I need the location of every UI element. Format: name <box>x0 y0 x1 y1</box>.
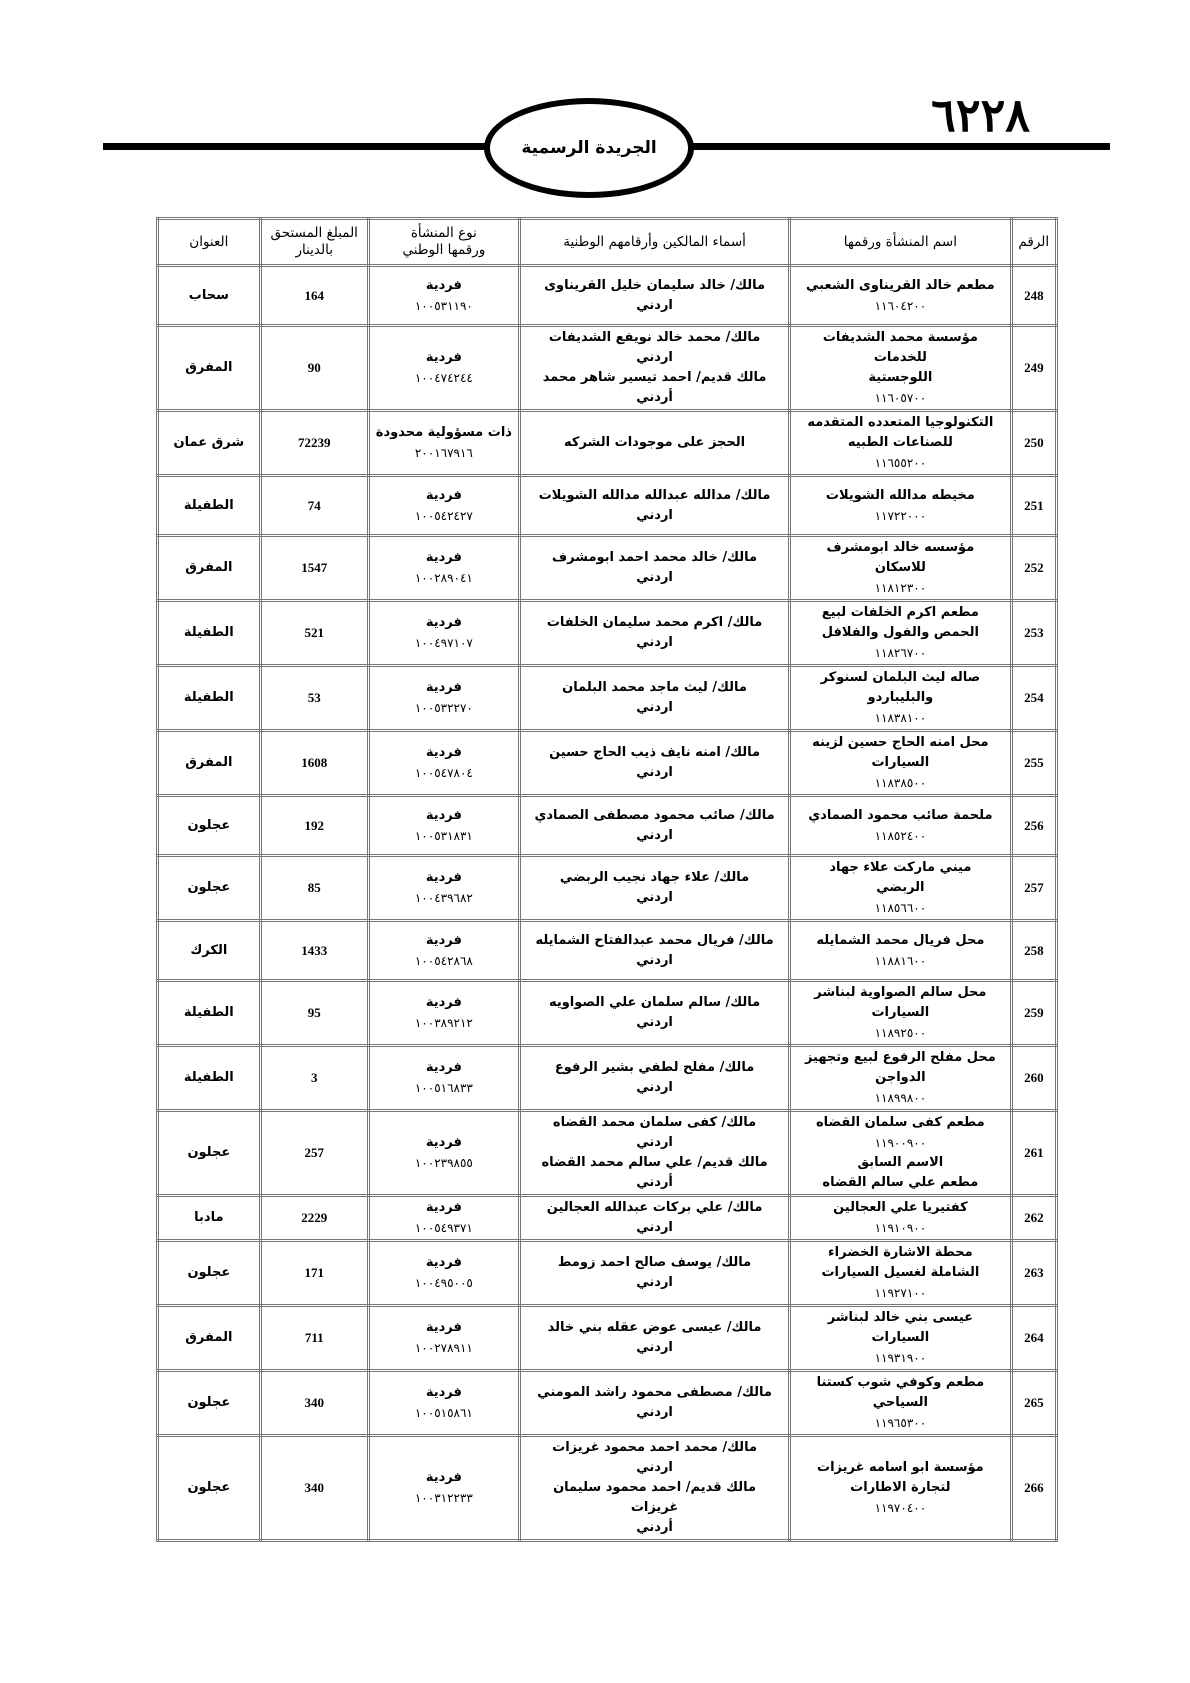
owners-cell: مالك/ سالم سلمان علي الصواويهاردني <box>520 981 790 1046</box>
national-number: ١٠٠٢٧٨٩١١ <box>374 1338 514 1358</box>
establishment-type: فردية <box>374 276 514 296</box>
owner-line: اردني <box>525 1458 784 1478</box>
establishment-line: ١١٩٢٧١٠٠ <box>795 1283 1006 1303</box>
table-row: 266مؤسسة ابو اسامه غريزاتلتجارة الاطارات… <box>158 1436 1057 1541</box>
owner-line: اردني <box>525 506 784 526</box>
establishment-cell: مطعم وكوفي شوب كستناالسياحي١١٩٦٥٣٠٠ <box>790 1371 1012 1436</box>
owner-line: مالك/ محمد احمد محمود غريزات <box>525 1438 784 1458</box>
national-number: ١٠٠٤٩٧١٠٧ <box>374 633 514 653</box>
establishment-cell: صاله ليث البلمان لسنوكروالبليباردو١١٨٣٨١… <box>790 666 1012 731</box>
row-number: 256 <box>1011 796 1056 856</box>
establishment-type: فردية <box>374 806 514 826</box>
address-cell: المفرق <box>158 326 261 411</box>
establishment-type: فردية <box>374 1468 514 1488</box>
establishment-type: فردية <box>374 348 514 368</box>
row-number: 252 <box>1011 536 1056 601</box>
address-cell: المفرق <box>158 1306 261 1371</box>
type-cell: فردية١٠٠٥٤٧٨٠٤ <box>368 731 519 796</box>
establishment-line: السيارات <box>795 1003 1006 1023</box>
establishment-line: مؤسسه خالد ابومشرف <box>795 538 1006 558</box>
establishment-line: للاسكان <box>795 558 1006 578</box>
establishment-line: ١١٩١٠٩٠٠ <box>795 1218 1006 1238</box>
establishment-line: محل امنه الحاج حسين لزينه <box>795 733 1006 753</box>
type-cell: فردية١٠٠٥١٥٨٦١ <box>368 1371 519 1436</box>
address-cell: الطفيلة <box>158 981 261 1046</box>
col-header-number: الرقم <box>1011 219 1056 266</box>
establishment-line: ١١٨٨١٦٠٠ <box>795 951 1006 971</box>
establishment-line: التكنولوجيا المتعدده المتقدمه <box>795 413 1006 433</box>
amount-due: 72239 <box>260 411 368 476</box>
establishments-table: الرقم اسم المنشأة ورقمها أسماء المالكين … <box>156 217 1058 1542</box>
amount-due: 95 <box>260 981 368 1046</box>
table-header-row: الرقم اسم المنشأة ورقمها أسماء المالكين … <box>158 219 1057 266</box>
establishment-line: محل سالم الصواوية لبناشر <box>795 983 1006 1003</box>
establishment-line: محل مفلح الرفوع لبيع وتجهيز <box>795 1048 1006 1068</box>
table-row: 265مطعم وكوفي شوب كستناالسياحي١١٩٦٥٣٠٠ما… <box>158 1371 1057 1436</box>
table-row: 253مطعم اكرم الخلفات لبيعالحمص والفول وا… <box>158 601 1057 666</box>
table-row: 261مطعم كفى سلمان القضاه١١٩٠٠٩٠٠الاسم ال… <box>158 1111 1057 1196</box>
row-number: 253 <box>1011 601 1056 666</box>
establishment-type: فردية <box>374 1058 514 1078</box>
owner-line: مالك/ محمد خالد نويفع الشديفات <box>525 328 784 348</box>
amount-due: 1547 <box>260 536 368 601</box>
owner-line: مالك/ علاء جهاد نجيب الربضي <box>525 868 784 888</box>
table-row: 251مخيطه مدالله الشويلات١١٧٢٢٠٠٠مالك/ مد… <box>158 476 1057 536</box>
col-header-type: نوع المنشأة ورقمها الوطني <box>368 219 519 266</box>
establishment-type: فردية <box>374 678 514 698</box>
establishment-type: فردية <box>374 868 514 888</box>
type-cell: فردية١٠٠٥٣١١٩٠ <box>368 266 519 326</box>
establishment-line: السياحي <box>795 1393 1006 1413</box>
owner-line: اردني <box>525 633 784 653</box>
owners-cell: مالك/ ليث ماجد محمد البلماناردني <box>520 666 790 731</box>
owner-line: مالك/ كفى سلمان محمد القضاه <box>525 1113 784 1133</box>
type-cell: فردية١٠٠٣١٢٢٣٣ <box>368 1436 519 1541</box>
table-row: 254صاله ليث البلمان لسنوكروالبليباردو١١٨… <box>158 666 1057 731</box>
amount-due: 90 <box>260 326 368 411</box>
address-cell: عجلون <box>158 796 261 856</box>
amount-due: 85 <box>260 856 368 921</box>
col-header-owners: أسماء المالكين وأرقامهم الوطنية <box>520 219 790 266</box>
establishment-type: فردية <box>374 548 514 568</box>
type-cell: فردية١٠٠٥٣٢٢٧٠ <box>368 666 519 731</box>
establishment-line: ١١٩٠٠٩٠٠ <box>795 1133 1006 1153</box>
establishment-line: ١١٧٢٢٠٠٠ <box>795 506 1006 526</box>
table-row: 252مؤسسه خالد ابومشرفللاسكان١١٨١٢٣٠٠مالك… <box>158 536 1057 601</box>
type-cell: فردية١٠٠٤٩٥٠٠٥ <box>368 1241 519 1306</box>
national-number: ١٠٠٥١٦٨٣٣ <box>374 1078 514 1098</box>
establishment-line: كفتيريا علي العجالين <box>795 1198 1006 1218</box>
establishment-type: فردية <box>374 931 514 951</box>
owners-cell: مالك/ مفلح لطفي بشير الرفوعاردني <box>520 1046 790 1111</box>
col-header-type-line1: نوع المنشأة <box>374 225 514 242</box>
owner-line: مالك/ امنه نايف ذيب الحاج حسين <box>525 743 784 763</box>
establishment-cell: ملحمة صائب محمود الصمادي١١٨٥٢٤٠٠ <box>790 796 1012 856</box>
owner-line: اردني <box>525 1218 784 1238</box>
establishment-type: فردية <box>374 1383 514 1403</box>
row-number: 251 <box>1011 476 1056 536</box>
address-cell: سحاب <box>158 266 261 326</box>
table-row: 250التكنولوجيا المتعدده المتقدمهللصناعات… <box>158 411 1057 476</box>
owner-line: اردني <box>525 1273 784 1293</box>
type-cell: فردية١٠٠٥٤٢٤٢٧ <box>368 476 519 536</box>
establishment-line: ١١٩٣١٩٠٠ <box>795 1348 1006 1368</box>
owner-line: مالك/ خالد سليمان خليل القريناوى <box>525 276 784 296</box>
establishment-cell: مؤسسه خالد ابومشرفللاسكان١١٨١٢٣٠٠ <box>790 536 1012 601</box>
establishment-line: ١١٨٥٢٤٠٠ <box>795 826 1006 846</box>
owner-line: مالك قديم/ احمد محمود سليمان <box>525 1478 784 1498</box>
establishment-line: مطعم خالد القريناوى الشعبي <box>795 276 1006 296</box>
establishment-line: الحمص والفول والفلافل <box>795 623 1006 643</box>
address-cell: عجلون <box>158 1241 261 1306</box>
national-number: ١٠٠٥٤٧٨٠٤ <box>374 763 514 783</box>
establishment-cell: التكنولوجيا المتعدده المتقدمهللصناعات ال… <box>790 411 1012 476</box>
owners-cell: مالك/ مدالله عبدالله مدالله الشويلاتاردن… <box>520 476 790 536</box>
amount-due: 340 <box>260 1371 368 1436</box>
establishment-line: اللوجستية <box>795 368 1006 388</box>
establishment-cell: ميني ماركت علاء جهادالربضي١١٨٥٦٦٠٠ <box>790 856 1012 921</box>
establishment-line: ١١٦٠٥٧٠٠ <box>795 388 1006 408</box>
establishment-cell: مؤسسة ابو اسامه غريزاتلتجارة الاطارات١١٩… <box>790 1436 1012 1541</box>
establishment-line: ١١٦٥٥٢٠٠ <box>795 453 1006 473</box>
establishment-line: ١١٩٦٥٣٠٠ <box>795 1413 1006 1433</box>
establishment-type: ذات مسؤولية محدودة <box>374 423 514 443</box>
address-cell: الطفيلة <box>158 666 261 731</box>
national-number: ١٠٠٥٤٢٨٦٨ <box>374 951 514 971</box>
amount-due: 74 <box>260 476 368 536</box>
owner-line: اردني <box>525 951 784 971</box>
row-number: 259 <box>1011 981 1056 1046</box>
owner-line: مالك/ علي بركات عبدالله العجالين <box>525 1198 784 1218</box>
table-row: 259محل سالم الصواوية لبناشرالسيارات١١٨٩٢… <box>158 981 1057 1046</box>
owners-cell: مالك/ خالد محمد احمد ابومشرفاردني <box>520 536 790 601</box>
amount-due: 3 <box>260 1046 368 1111</box>
establishment-cell: مؤسسة محمد الشديفات للخدماتاللوجستية١١٦٠… <box>790 326 1012 411</box>
owners-cell: مالك/ عيسى عوض عقله بني خالداردني <box>520 1306 790 1371</box>
national-number: ١٠٠٤٧٤٢٤٤ <box>374 368 514 388</box>
owner-line: أردني <box>525 1518 784 1538</box>
address-cell: المفرق <box>158 731 261 796</box>
establishment-line: مطعم اكرم الخلفات لبيع <box>795 603 1006 623</box>
row-number: 261 <box>1011 1111 1056 1196</box>
type-cell: فردية١٠٠٢٣٩٨٥٥ <box>368 1111 519 1196</box>
type-cell: فردية١٠٠٥١٦٨٣٣ <box>368 1046 519 1111</box>
national-number: ٢٠٠١٦٧٩١٦ <box>374 443 514 463</box>
owner-line: مالك قديم/ علي سالم محمد القضاه <box>525 1153 784 1173</box>
national-number: ١٠٠٥٤٩٣٧١ <box>374 1218 514 1238</box>
establishment-cell: محل سالم الصواوية لبناشرالسيارات١١٨٩٢٥٠٠ <box>790 981 1012 1046</box>
national-number: ١٠٠٥٣١١٩٠ <box>374 296 514 316</box>
type-cell: فردية١٠٠٤٧٤٢٤٤ <box>368 326 519 411</box>
establishment-line: ١١٩٧٠٤٠٠ <box>795 1498 1006 1518</box>
table-body: 248مطعم خالد القريناوى الشعبي١١٦٠٤٢٠٠مال… <box>158 266 1057 1541</box>
owner-line: اردني <box>525 826 784 846</box>
amount-due: 521 <box>260 601 368 666</box>
owners-cell: مالك/ امنه نايف ذيب الحاج حسيناردني <box>520 731 790 796</box>
address-cell: الكرك <box>158 921 261 981</box>
row-number: 257 <box>1011 856 1056 921</box>
type-cell: فردية١٠٠٣٨٩٢١٢ <box>368 981 519 1046</box>
establishment-line: مطعم علي سالم القضاه <box>795 1173 1006 1193</box>
table-row: 255محل امنه الحاج حسين لزينهالسيارات١١٨٣… <box>158 731 1057 796</box>
establishment-cell: مطعم اكرم الخلفات لبيعالحمص والفول والفل… <box>790 601 1012 666</box>
owner-line: مالك/ مدالله عبدالله مدالله الشويلات <box>525 486 784 506</box>
establishment-line: ١١٦٠٤٢٠٠ <box>795 296 1006 316</box>
table-row: 256ملحمة صائب محمود الصمادي١١٨٥٢٤٠٠مالك/… <box>158 796 1057 856</box>
establishment-type: فردية <box>374 993 514 1013</box>
type-cell: فردية١٠٠٤٩٧١٠٧ <box>368 601 519 666</box>
owners-cell: مالك/ محمد احمد محمود غريزاتاردنيمالك قد… <box>520 1436 790 1541</box>
establishment-cell: عيسى بني خالد لبناشرالسيارات١١٩٣١٩٠٠ <box>790 1306 1012 1371</box>
national-number: ١٠٠٥١٥٨٦١ <box>374 1403 514 1423</box>
col-header-amount-line1: المبلغ المستحق <box>266 225 363 242</box>
address-cell: الطفيلة <box>158 476 261 536</box>
col-header-address: العنوان <box>158 219 261 266</box>
type-cell: ذات مسؤولية محدودة٢٠٠١٦٧٩١٦ <box>368 411 519 476</box>
owners-cell: مالك/ علاء جهاد نجيب الربضياردني <box>520 856 790 921</box>
national-number: ١٠٠٤٩٥٠٠٥ <box>374 1273 514 1293</box>
owner-line: الحجز على موجودات الشركه <box>525 433 784 453</box>
row-number: 263 <box>1011 1241 1056 1306</box>
establishment-cell: محل فريال محمد الشمايله١١٨٨١٦٠٠ <box>790 921 1012 981</box>
owner-line: مالك/ سالم سلمان علي الصواويه <box>525 993 784 1013</box>
type-cell: فردية١٠٠٥٣١٨٣١ <box>368 796 519 856</box>
owner-line: اردني <box>525 888 784 908</box>
establishment-line: مطعم وكوفي شوب كستنا <box>795 1373 1006 1393</box>
col-header-type-line2: ورقمها الوطني <box>374 242 514 259</box>
row-number: 265 <box>1011 1371 1056 1436</box>
establishment-type: فردية <box>374 1318 514 1338</box>
row-number: 266 <box>1011 1436 1056 1541</box>
table-row: 260محل مفلح الرفوع لبيع وتجهيزالدواجن١١٨… <box>158 1046 1057 1111</box>
amount-due: 1608 <box>260 731 368 796</box>
address-cell: عجلون <box>158 1371 261 1436</box>
owner-line: مالك قديم/ احمد تيسير شاهر محمد <box>525 368 784 388</box>
owners-cell: مالك/ يوسف صالح احمد زومطاردني <box>520 1241 790 1306</box>
amount-due: 53 <box>260 666 368 731</box>
establishment-line: مؤسسة ابو اسامه غريزات <box>795 1458 1006 1478</box>
address-cell: الطفيلة <box>158 601 261 666</box>
table-row: 258محل فريال محمد الشمايله١١٨٨١٦٠٠مالك/ … <box>158 921 1057 981</box>
establishment-line: ميني ماركت علاء جهاد <box>795 858 1006 878</box>
establishment-line: مخيطه مدالله الشويلات <box>795 486 1006 506</box>
amount-due: 340 <box>260 1436 368 1541</box>
owner-line: مالك/ فريال محمد عبدالفتاح الشمايله <box>525 931 784 951</box>
amount-due: 1433 <box>260 921 368 981</box>
owner-line: اردني <box>525 296 784 316</box>
owner-line: اردني <box>525 568 784 588</box>
establishment-line: السيارات <box>795 1328 1006 1348</box>
establishment-line: ١١٨٩٩٨٠٠ <box>795 1088 1006 1108</box>
table-row: 249مؤسسة محمد الشديفات للخدماتاللوجستية١… <box>158 326 1057 411</box>
row-number: 255 <box>1011 731 1056 796</box>
address-cell: عجلون <box>158 856 261 921</box>
table-row: 263محطة الاشارة الخضراءالشاملة لغسيل الس… <box>158 1241 1057 1306</box>
establishment-line: للصناعات الطبيه <box>795 433 1006 453</box>
type-cell: فردية١٠٠٥٤٢٨٦٨ <box>368 921 519 981</box>
establishment-line: مؤسسة محمد الشديفات للخدمات <box>795 328 1006 368</box>
establishment-line: الاسم السابق <box>795 1153 1006 1173</box>
row-number: 258 <box>1011 921 1056 981</box>
row-number: 248 <box>1011 266 1056 326</box>
establishment-line: محل فريال محمد الشمايله <box>795 931 1006 951</box>
address-cell: الطفيلة <box>158 1046 261 1111</box>
type-cell: فردية١٠٠٤٣٩٦٨٢ <box>368 856 519 921</box>
owner-line: أردني <box>525 1173 784 1193</box>
table-row: 262كفتيريا علي العجالين١١٩١٠٩٠٠مالك/ علي… <box>158 1196 1057 1241</box>
row-number: 262 <box>1011 1196 1056 1241</box>
establishment-cell: مطعم كفى سلمان القضاه١١٩٠٠٩٠٠الاسم الساب… <box>790 1111 1012 1196</box>
establishment-cell: محطة الاشارة الخضراءالشاملة لغسيل السيار… <box>790 1241 1012 1306</box>
owner-line: مالك/ خالد محمد احمد ابومشرف <box>525 548 784 568</box>
owner-line: اردني <box>525 698 784 718</box>
establishment-line: الشاملة لغسيل السيارات <box>795 1263 1006 1283</box>
amount-due: 711 <box>260 1306 368 1371</box>
col-header-amount: المبلغ المستحق بالدينار <box>260 219 368 266</box>
establishment-type: فردية <box>374 743 514 763</box>
address-cell: عجلون <box>158 1111 261 1196</box>
establishment-type: فردية <box>374 1133 514 1153</box>
owner-line: اردني <box>525 1403 784 1423</box>
gazette-title-oval: الجريدة الرسمية <box>484 98 694 198</box>
amount-due: 192 <box>260 796 368 856</box>
table-row: 248مطعم خالد القريناوى الشعبي١١٦٠٤٢٠٠مال… <box>158 266 1057 326</box>
establishment-cell: محل امنه الحاج حسين لزينهالسيارات١١٨٣٨٥٠… <box>790 731 1012 796</box>
owner-line: اردني <box>525 1338 784 1358</box>
national-number: ١٠٠٤٣٩٦٨٢ <box>374 888 514 908</box>
establishment-line: لتجارة الاطارات <box>795 1478 1006 1498</box>
owners-cell: مالك/ صائب محمود مصطفى الصمادياردني <box>520 796 790 856</box>
establishment-cell: مخيطه مدالله الشويلات١١٧٢٢٠٠٠ <box>790 476 1012 536</box>
establishment-cell: مطعم خالد القريناوى الشعبي١١٦٠٤٢٠٠ <box>790 266 1012 326</box>
col-header-amount-line2: بالدينار <box>266 242 363 259</box>
establishment-line: السيارات <box>795 753 1006 773</box>
owners-cell: مالك/ اكرم محمد سليمان الخلفاتاردني <box>520 601 790 666</box>
owner-line: مالك/ مصطفى محمود راشد المومني <box>525 1383 784 1403</box>
row-number: 260 <box>1011 1046 1056 1111</box>
owners-cell: مالك/ كفى سلمان محمد القضاهاردنيمالك قدي… <box>520 1111 790 1196</box>
establishment-type: فردية <box>374 1253 514 1273</box>
row-number: 249 <box>1011 326 1056 411</box>
establishment-type: فردية <box>374 486 514 506</box>
establishment-line: ١١٨٣٨٥٠٠ <box>795 773 1006 793</box>
establishment-line: صاله ليث البلمان لسنوكر <box>795 668 1006 688</box>
row-number: 254 <box>1011 666 1056 731</box>
col-header-establishment: اسم المنشأة ورقمها <box>790 219 1012 266</box>
establishment-line: محطة الاشارة الخضراء <box>795 1243 1006 1263</box>
owner-line: اردني <box>525 1013 784 1033</box>
establishment-line: ملحمة صائب محمود الصمادي <box>795 806 1006 826</box>
establishment-line: ١١٨٣٨١٠٠ <box>795 708 1006 728</box>
owner-line: مالك/ ليث ماجد محمد البلمان <box>525 678 784 698</box>
gazette-title: الجريدة الرسمية <box>521 138 656 158</box>
type-cell: فردية١٠٠٥٤٩٣٧١ <box>368 1196 519 1241</box>
owner-line: مالك/ يوسف صالح احمد زومط <box>525 1253 784 1273</box>
national-number: ١٠٠٥٣١٨٣١ <box>374 826 514 846</box>
owners-cell: مالك/ فريال محمد عبدالفتاح الشمايلهاردني <box>520 921 790 981</box>
table-row: 264عيسى بني خالد لبناشرالسيارات١١٩٣١٩٠٠م… <box>158 1306 1057 1371</box>
address-cell: مادبا <box>158 1196 261 1241</box>
address-cell: عجلون <box>158 1436 261 1541</box>
owner-line: اردني <box>525 1133 784 1153</box>
national-number: ١٠٠٣١٢٢٣٣ <box>374 1488 514 1508</box>
establishment-line: ١١٨٩٢٥٠٠ <box>795 1023 1006 1043</box>
amount-due: 164 <box>260 266 368 326</box>
owner-line: مالك/ عيسى عوض عقله بني خالد <box>525 1318 784 1338</box>
national-number: ١٠٠٥٣٢٢٧٠ <box>374 698 514 718</box>
national-number: ١٠٠٢٨٩٠٤١ <box>374 568 514 588</box>
owners-cell: مالك/ علي بركات عبدالله العجاليناردني <box>520 1196 790 1241</box>
owner-line: غريزات <box>525 1498 784 1518</box>
establishment-line: عيسى بني خالد لبناشر <box>795 1308 1006 1328</box>
owners-cell: الحجز على موجودات الشركه <box>520 411 790 476</box>
owners-cell: مالك/ محمد خالد نويفع الشديفاتاردنيمالك … <box>520 326 790 411</box>
owner-line: اردني <box>525 763 784 783</box>
owners-cell: مالك/ خالد سليمان خليل القريناوىاردني <box>520 266 790 326</box>
establishment-line: الربضي <box>795 878 1006 898</box>
owners-cell: مالك/ مصطفى محمود راشد المومنياردني <box>520 1371 790 1436</box>
establishment-line: ١١٨١٢٣٠٠ <box>795 578 1006 598</box>
owner-line: مالك/ اكرم محمد سليمان الخلفات <box>525 613 784 633</box>
establishment-cell: محل مفلح الرفوع لبيع وتجهيزالدواجن١١٨٩٩٨… <box>790 1046 1012 1111</box>
owner-line: مالك/ صائب محمود مصطفى الصمادي <box>525 806 784 826</box>
establishment-line: مطعم كفى سلمان القضاه <box>795 1113 1006 1133</box>
table-row: 257ميني ماركت علاء جهادالربضي١١٨٥٦٦٠٠مال… <box>158 856 1057 921</box>
type-cell: فردية١٠٠٢٨٩٠٤١ <box>368 536 519 601</box>
amount-due: 2229 <box>260 1196 368 1241</box>
amount-due: 171 <box>260 1241 368 1306</box>
national-number: ١٠٠٣٨٩٢١٢ <box>374 1013 514 1033</box>
row-number: 264 <box>1011 1306 1056 1371</box>
type-cell: فردية١٠٠٢٧٨٩١١ <box>368 1306 519 1371</box>
establishment-line: الدواجن <box>795 1068 1006 1088</box>
owner-line: اردني <box>525 1078 784 1098</box>
establishment-line: ١١٨٢٦٧٠٠ <box>795 643 1006 663</box>
address-cell: شرق عمان <box>158 411 261 476</box>
establishment-line: ١١٨٥٦٦٠٠ <box>795 898 1006 918</box>
establishment-type: فردية <box>374 613 514 633</box>
establishment-cell: كفتيريا علي العجالين١١٩١٠٩٠٠ <box>790 1196 1012 1241</box>
owner-line: اردني <box>525 348 784 368</box>
address-cell: المفرق <box>158 536 261 601</box>
page-number: ٦٢٢٨ <box>931 88 1030 142</box>
row-number: 250 <box>1011 411 1056 476</box>
establishment-line: والبليباردو <box>795 688 1006 708</box>
amount-due: 257 <box>260 1111 368 1196</box>
owner-line: مالك/ مفلح لطفي بشير الرفوع <box>525 1058 784 1078</box>
national-number: ١٠٠٥٤٢٤٢٧ <box>374 506 514 526</box>
establishment-type: فردية <box>374 1198 514 1218</box>
owner-line: أردني <box>525 388 784 408</box>
national-number: ١٠٠٢٣٩٨٥٥ <box>374 1153 514 1173</box>
